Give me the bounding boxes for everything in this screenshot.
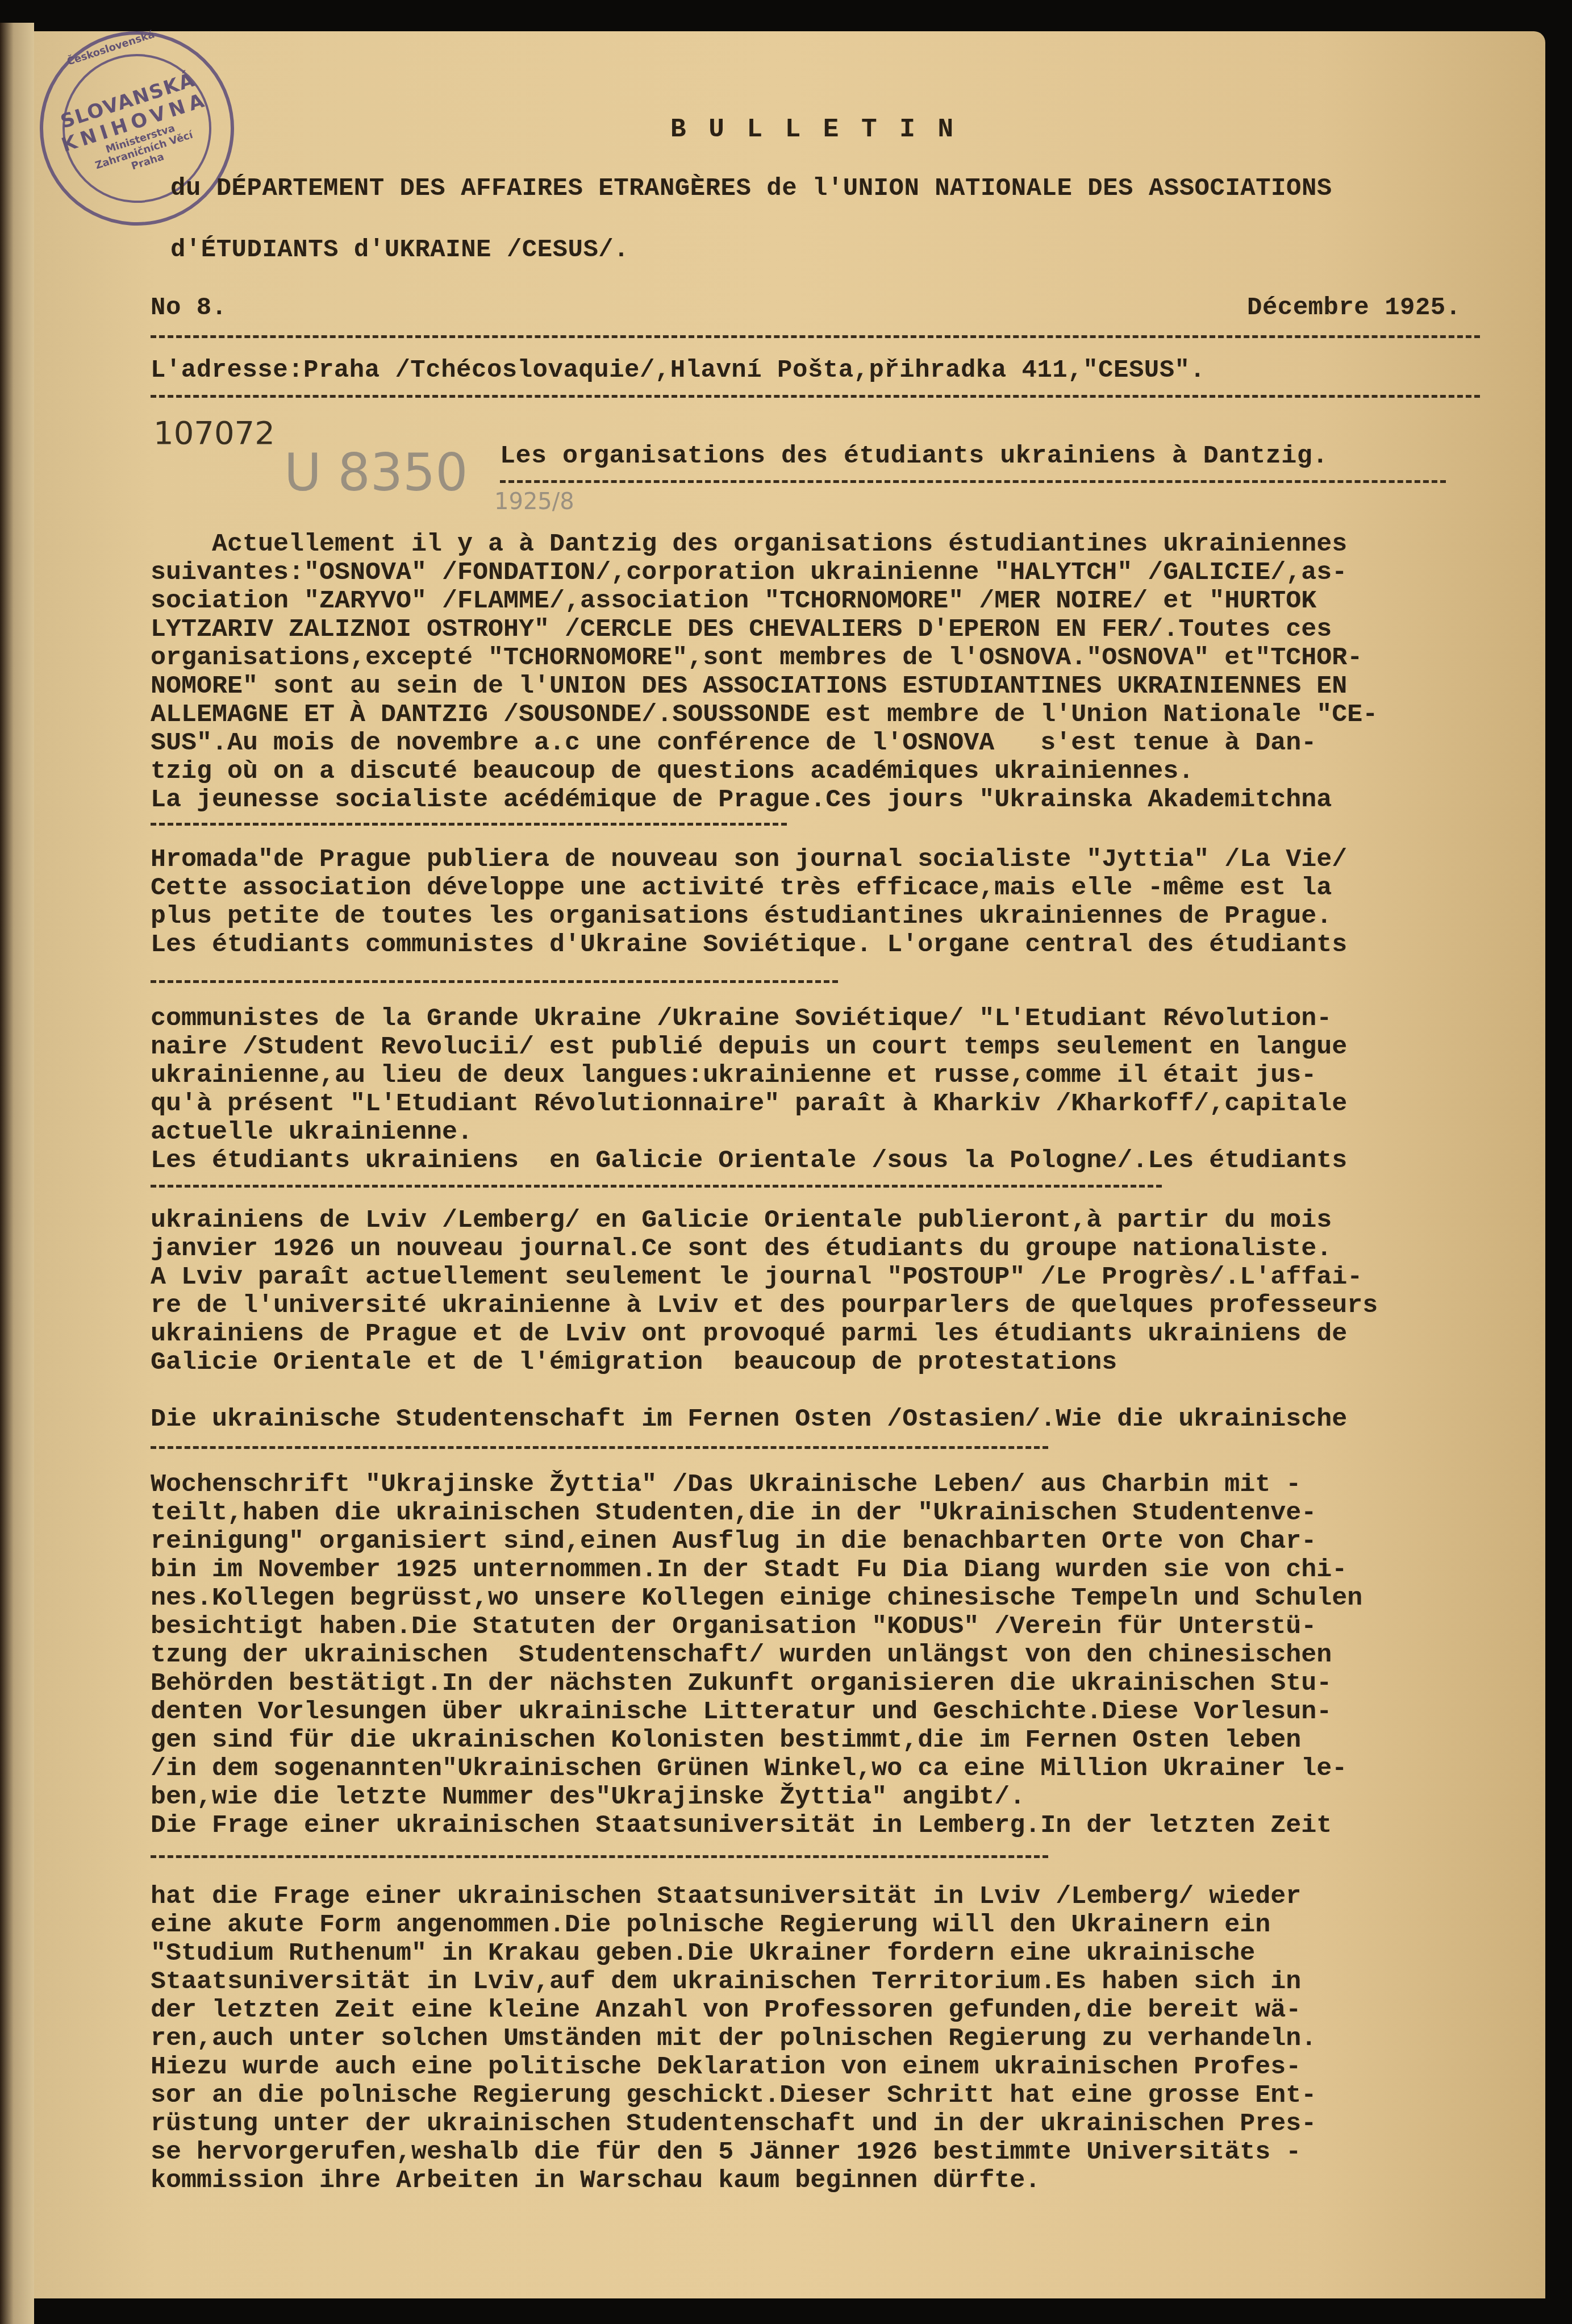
issue-date: Décembre 1925. <box>1247 295 1461 320</box>
text-line: Wochenschrift "Ukrajinske Žyttia" /Das U… <box>151 1472 1301 1497</box>
text-line: ukrainiens de Lviv /Lemberg/ en Galicie … <box>151 1207 1332 1233</box>
text-line: ALLEMAGNE ET À DANTZIG /SOUSONDE/.SOUSSO… <box>151 702 1378 727</box>
text-line: der letzten Zeit eine kleine Anzahl von … <box>151 1997 1301 2023</box>
text-line: Hiezu wurde auch eine politische Deklara… <box>151 2054 1301 2080</box>
text-line: plus petite de toutes les organisations … <box>151 903 1332 929</box>
text-line: bin im November 1925 unternommen.In der … <box>151 1557 1347 1582</box>
heading-rule-galicie <box>151 1185 1162 1188</box>
text-line: ren,auch unter solchen Umständen mit der… <box>151 2026 1316 2051</box>
heading-rule-dantzig <box>500 480 1446 483</box>
text-line: actuelle ukrainienne. <box>151 1119 473 1145</box>
section-heading-dantzig: Les organisations des étudiants ukrainie… <box>500 443 1328 469</box>
header-rule-bottom <box>151 395 1480 398</box>
text-line: tzig où on a discuté beaucoup de questio… <box>151 759 1194 784</box>
text-line: Galicie Orientale et de l'émigration bea… <box>151 1350 1117 1375</box>
text-line: A Lviv paraît actuellement seulement le … <box>151 1264 1362 1290</box>
bulletin-subtitle-1: du DÉPARTEMENT DES AFFAIRES ETRANGÈRES d… <box>170 176 1332 201</box>
text-line: eine akute Form angenommen.Die polnische… <box>151 1912 1270 1938</box>
text-line: /in dem sogenannten"Ukrainischen Grünen … <box>151 1756 1347 1781</box>
text-line: NOMORE" sont au sein de l'UNION DES ASSO… <box>151 673 1347 699</box>
heading-rule-communistes <box>151 980 838 983</box>
issue-number: No 8. <box>151 295 227 320</box>
heading-rule-staatsuniversitaet <box>151 1855 1048 1858</box>
text-line: qu'à présent "L'Etudiant Révolutionnaire… <box>151 1091 1347 1117</box>
text-line: janvier 1926 un nouveau journal.Ce sont … <box>151 1236 1332 1261</box>
header-rule-top <box>151 335 1480 338</box>
text-line: Cette association développe une activité… <box>151 875 1332 901</box>
text-line: teilt,haben die ukrainischen Studenten,d… <box>151 1500 1316 1526</box>
text-line: sociation "ZARYVO" /FLAMME/,association … <box>151 588 1316 614</box>
text-line-subheading: Les étudiants communistes d'Ukraine Sovi… <box>151 932 1347 957</box>
text-line: suivantes:"OSNOVA" /FONDATION/,corporati… <box>151 560 1347 585</box>
text-line: denten Vorlesungen über ukrainische Litt… <box>151 1699 1332 1725</box>
text-line: tzung der ukrainischen Studentenschaft/ … <box>151 1642 1332 1668</box>
text-line: gen sind für die ukrainischen Kolonisten… <box>151 1727 1301 1753</box>
binding-edge <box>0 23 34 2324</box>
address-line: L'adresse:Praha /Tchécoslovaquie/,Hlavní… <box>151 358 1205 383</box>
text-line-subheading: Die Frage einer ukrainischen Staatsunive… <box>151 1813 1332 1838</box>
text-line: reinigung" organisiert sind,einen Ausflu… <box>151 1528 1316 1554</box>
section-heading-fernen-osten: Die ukrainische Studentenschaft im Ferne… <box>151 1406 1347 1432</box>
text-line-subheading: Les étudiants ukrainiens en Galicie Orie… <box>151 1148 1347 1173</box>
text-line: Actuellement il y a à Dantzig des organi… <box>151 531 1347 557</box>
text-line: re de l'université ukrainienne à Lviv et… <box>151 1293 1378 1318</box>
bulletin-title: B U L L E T I N <box>670 116 957 143</box>
text-line: SUS".Au mois de novembre a.c une confére… <box>151 730 1316 756</box>
heading-rule-fernen-osten <box>151 1446 1048 1449</box>
text-line-subheading: La jeunesse socialiste acédémique de Pra… <box>151 787 1332 813</box>
text-line: Staatsuniversität in Lviv,auf dem ukrain… <box>151 1969 1301 1994</box>
bulletin-subtitle-2: d'ÉTUDIANTS d'UKRAINE /CESUS/. <box>170 238 629 263</box>
shelf-mark: U 8350 <box>284 443 468 503</box>
text-line: naire /Student Revolucii/ est publié dep… <box>151 1034 1347 1060</box>
text-line: rüstung unter der ukrainischen Studenten… <box>151 2111 1316 2136</box>
text-line: "Studium Ruthenum" in Krakau geben.Die U… <box>151 1940 1255 1966</box>
accession-number: 107072 <box>153 415 275 452</box>
text-line: sor an die polnische Regierung geschickt… <box>151 2083 1316 2108</box>
text-line: hat die Frage einer ukrainischen Staatsu… <box>151 1884 1301 1909</box>
text-line: Hromada"de Prague publiera de nouveau so… <box>151 847 1347 872</box>
text-line: organisations,excepté "TCHORNOMORE",sont… <box>151 645 1362 670</box>
text-line: kommission ihre Arbeiten in Warschau kau… <box>151 2168 1040 2193</box>
text-line: ben,wie die letzte Nummer des"Ukrajinske… <box>151 1784 1025 1810</box>
text-line: communistes de la Grande Ukraine /Ukrain… <box>151 1006 1332 1031</box>
text-line: LYTZARIV ZALIZNOI OSTROHY" /CERCLE DES C… <box>151 617 1332 642</box>
text-line: nes.Kollegen begrüsst,wo unsere Kollegen… <box>151 1585 1362 1611</box>
year-mark: 1925/8 <box>494 489 574 515</box>
text-line: ukrainienne,au lieu de deux langues:ukra… <box>151 1063 1316 1088</box>
text-line: Behörden bestätigt.In der nächsten Zukun… <box>151 1671 1332 1696</box>
text-line: ukrainiens de Prague et de Lviv ont prov… <box>151 1321 1347 1347</box>
heading-rule-jeunesse <box>151 823 787 826</box>
text-line: besichtigt haben.Die Statuten der Organi… <box>151 1614 1316 1639</box>
text-line: se hervorgerufen,weshalb die für den 5 J… <box>151 2139 1301 2165</box>
